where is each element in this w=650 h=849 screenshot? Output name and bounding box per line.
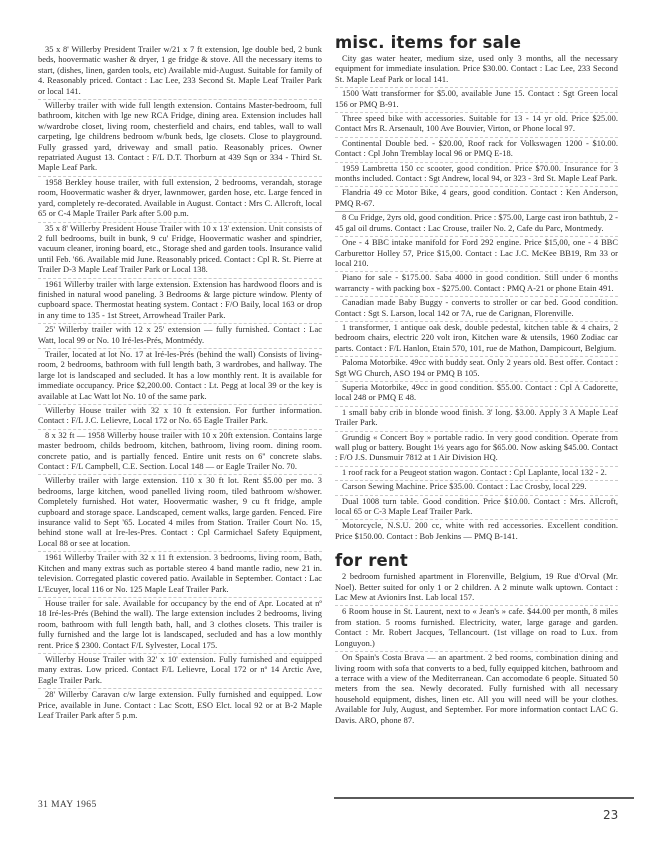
right-column: misc. items for sale City gas water heat… [335, 34, 618, 728]
classified-ad: 1959 Lambretta 150 cc scooter, good cond… [335, 163, 618, 188]
classified-ad: 1961 Willerby trailer with large extensi… [38, 279, 322, 325]
classified-ad: Three speed bike with accessories. Suita… [335, 113, 618, 138]
classified-ad: 8 x 32 ft — 1958 Willerby house trailer … [38, 430, 322, 476]
classified-ad: 1958 Berkley house trailer, with full ex… [38, 177, 322, 223]
classified-ad: 8 Cu Fridge, 2yrs old, good condition. P… [335, 212, 618, 237]
classified-ad: 1961 Willerby Trailer with 32 x 11 ft ex… [38, 552, 322, 598]
classified-ad: Paloma Motorbike. 49cc with buddy seat. … [335, 357, 618, 382]
misc-items-section: misc. items for sale City gas water heat… [335, 34, 618, 544]
magazine-page: 35 x 8' Willerby President Trailer w/21 … [0, 0, 650, 849]
classified-ad: 25' Willerby trailer with 12 x 25' exten… [38, 324, 322, 349]
section-heading-misc: misc. items for sale [335, 34, 618, 52]
classified-ad: Trailer, located at lot No. 17 at Iré-le… [38, 349, 322, 405]
classified-ad: Dual 1008 turn table. Good condition. Pr… [335, 496, 618, 521]
classified-ad: Willerby trailer with large extension. 1… [38, 475, 322, 552]
classified-ad: 28' Willerby Caravan c/w large extension… [38, 689, 322, 723]
classified-ad: 35 x 8' Willerby President House Trailer… [38, 223, 322, 279]
classified-ad: 1500 Watt transformer for $5.00, availab… [335, 88, 618, 113]
classified-ad: 2 bedroom furnished apartment in Florenv… [335, 571, 618, 606]
classified-ad: 1 transformer, 1 antique oak desk, doubl… [335, 322, 618, 357]
footer-divider [334, 797, 634, 799]
classified-ad: Canadian made Baby Buggy - converts to s… [335, 297, 618, 322]
classified-ad: On Spain's Costa Brava — an apartment. 2… [335, 652, 618, 728]
classified-ad: 1 roof rack for a Peugeot station wagon.… [335, 467, 618, 481]
classified-ad: Motorcycle, N.S.U. 200 cc, white with re… [335, 520, 618, 544]
classified-ad: Carson Sewing Machine. Price $35.00. Con… [335, 481, 618, 495]
classified-ad: Superia Motorbike, 49cc in good conditio… [335, 382, 618, 407]
classified-ad: Willerby trailer with wide full length e… [38, 100, 322, 177]
classified-ad: City gas water heater, medium size, used… [335, 53, 618, 88]
classified-ad: 1 small baby crib in blonde wood finish.… [335, 407, 618, 432]
trailers-for-sale-column: 35 x 8' Willerby President Trailer w/21 … [38, 44, 322, 723]
classified-ad: Piano for sale - $175.00. Saba 4000 in g… [335, 272, 618, 297]
issue-date: 31 MAY 1965 [38, 800, 97, 810]
classified-ad: Flandria 49 cc Motor Bike, 4 gears, good… [335, 187, 618, 212]
classified-ad: One - 4 BBC intake manifold for Ford 292… [335, 237, 618, 272]
for-rent-section: for rent 2 bedroom furnished apartment i… [335, 552, 618, 728]
classified-ad: Willerby House trailer with 32 x 10 ft e… [38, 405, 322, 430]
classified-ad: Grundig « Concert Boy » portable radio. … [335, 432, 618, 467]
classified-ad: Willerby House Trailer with 32' x 10' ex… [38, 654, 322, 689]
section-heading-rent: for rent [335, 552, 618, 570]
classified-ad: House trailer for sale. Available for oc… [38, 598, 322, 654]
classified-ad: 35 x 8' Willerby President Trailer w/21 … [38, 44, 322, 100]
classified-ad: Continental Double bed. - $20.00, Roof r… [335, 138, 618, 163]
page-number: 23 [603, 808, 618, 822]
classified-ad: 6 Room house in St. Laurent, next to « J… [335, 606, 618, 652]
